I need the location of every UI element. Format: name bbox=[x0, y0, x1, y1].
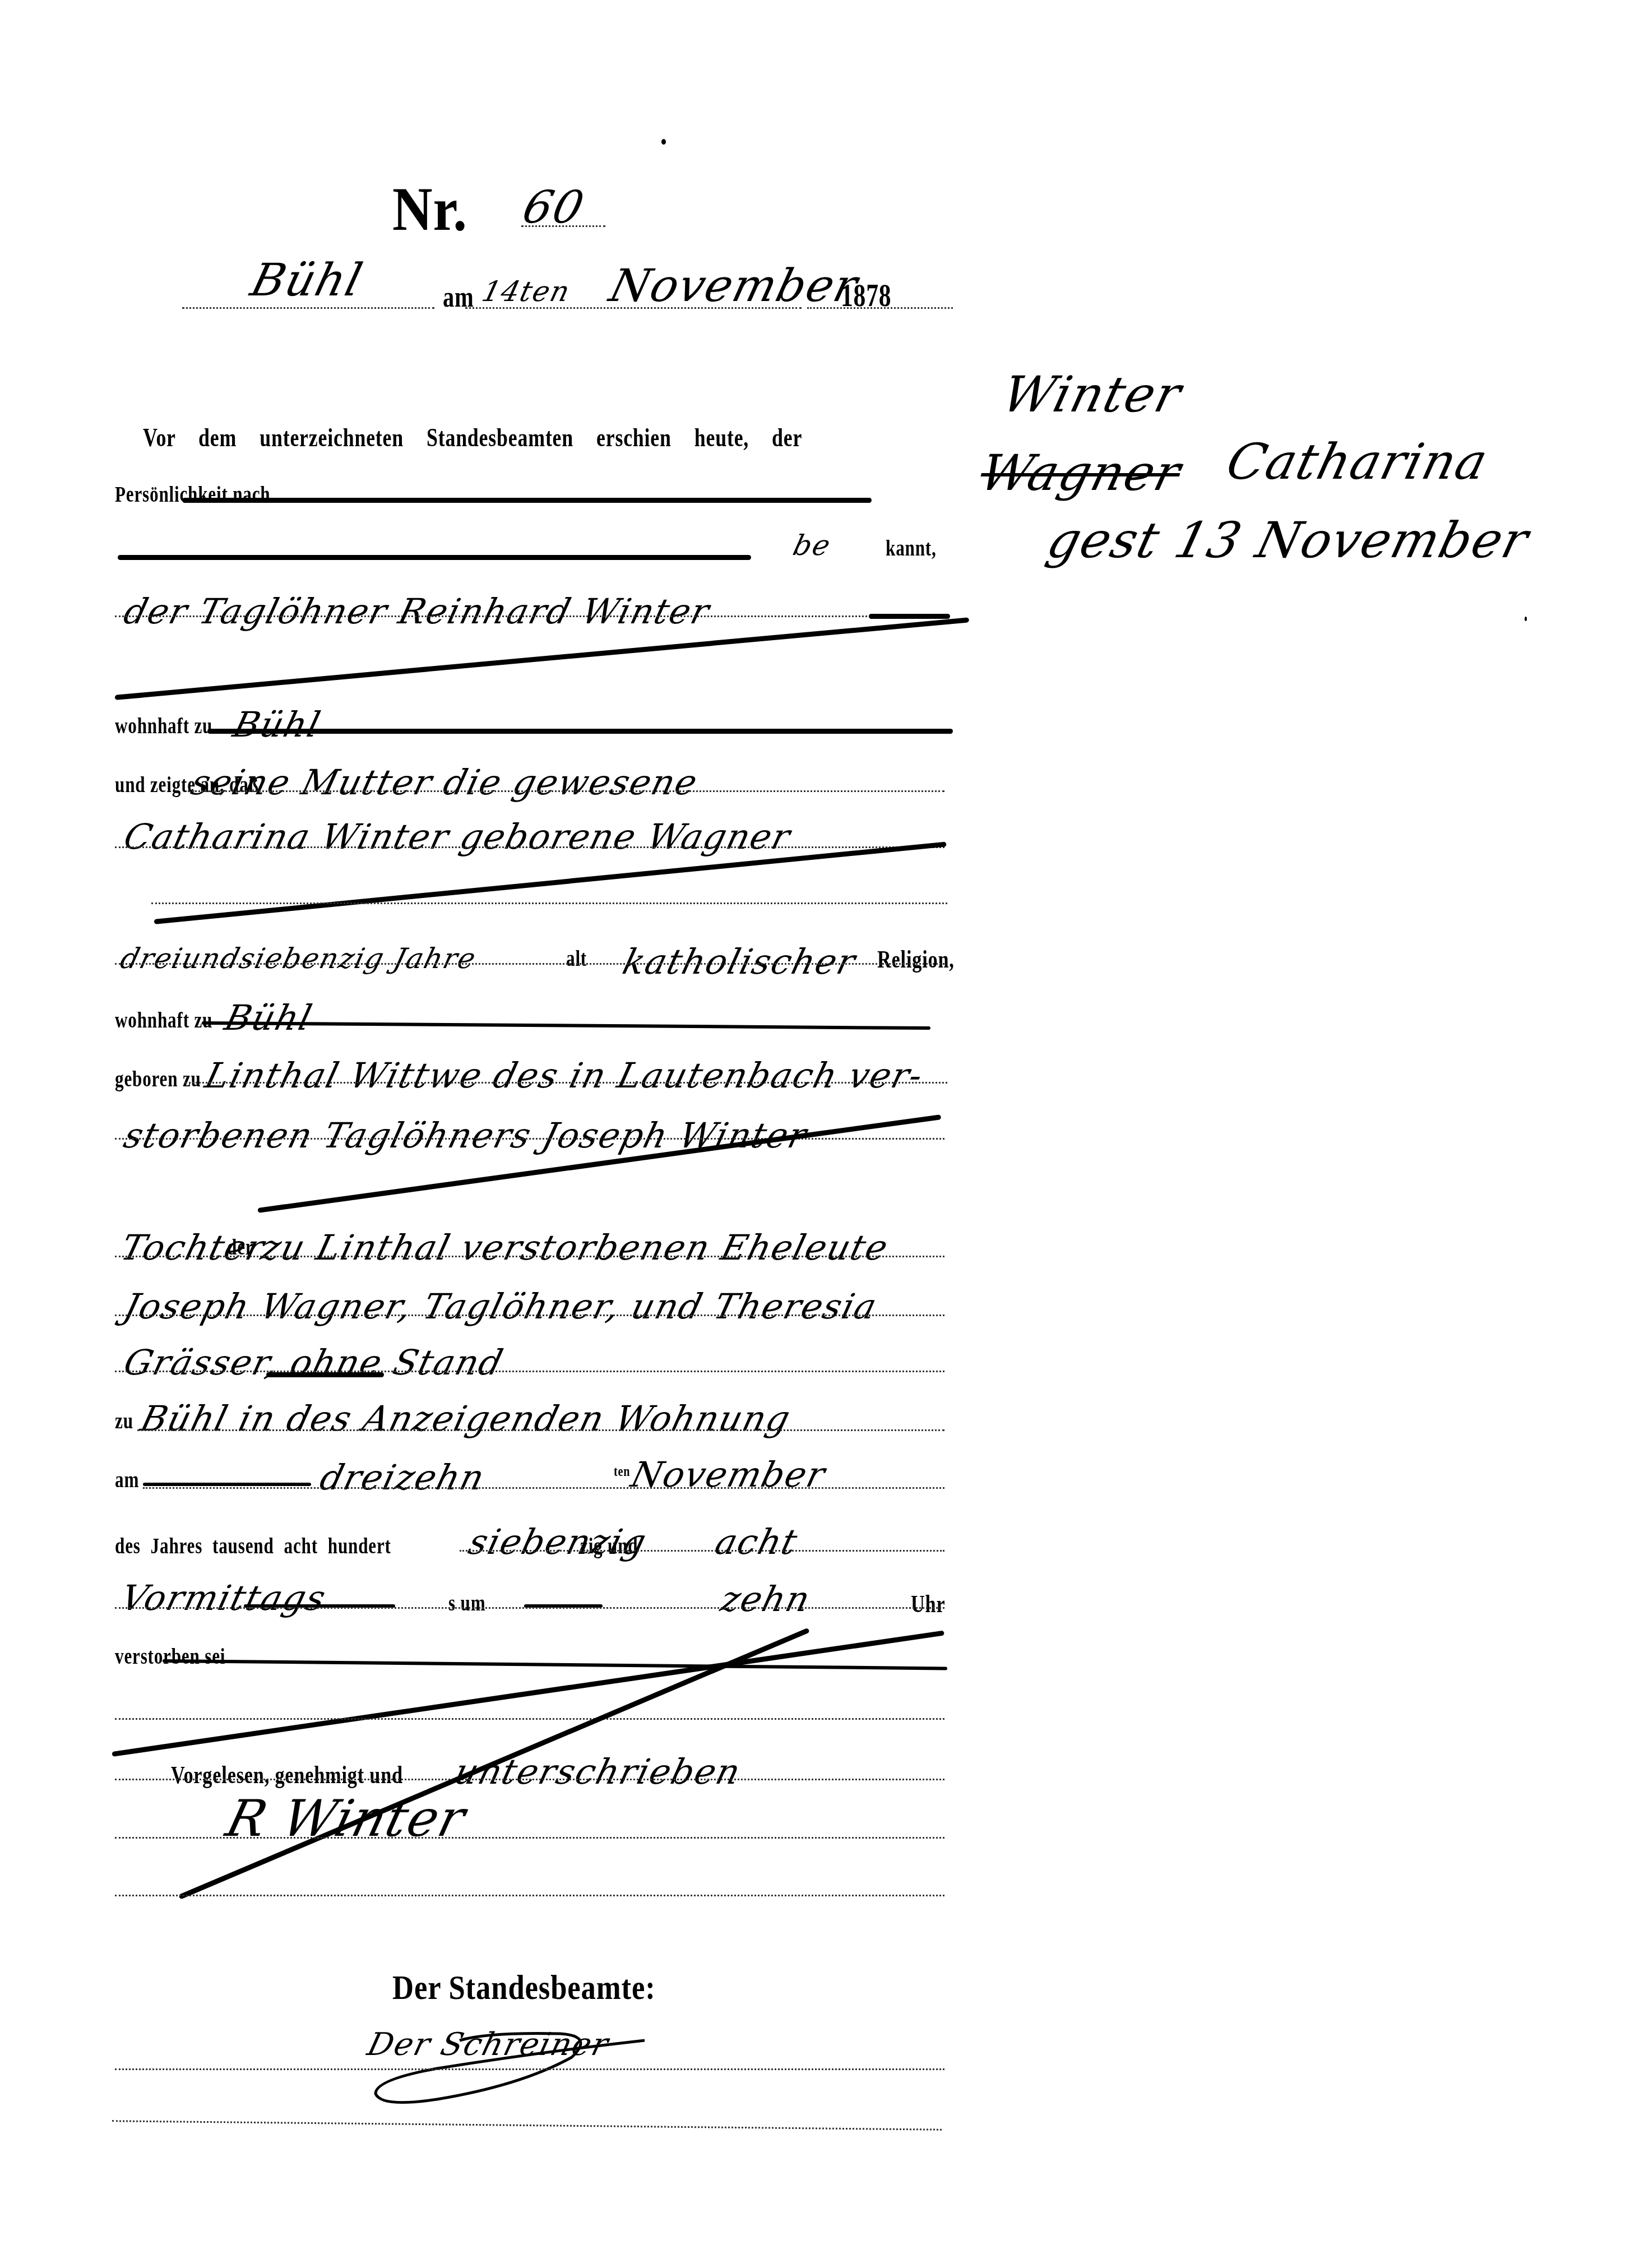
religion-label: Religion, bbox=[877, 947, 955, 972]
place-of-death-label: zu bbox=[115, 1410, 133, 1432]
deceased-residence-fill-line bbox=[202, 1021, 930, 1030]
death-day-fill-line bbox=[143, 1483, 311, 1486]
death-time-of-day: Vormittags bbox=[118, 1581, 330, 1616]
official-label: Der Standesbeamte: bbox=[392, 1970, 656, 2005]
parents-line-1: zu Linthal verstorbenen Eheleute bbox=[258, 1230, 892, 1265]
parents-der: der bbox=[227, 1236, 253, 1258]
died-strike-line bbox=[112, 1631, 944, 1757]
parents-rule-1 bbox=[115, 1256, 944, 1257]
blank-rule-1 bbox=[151, 902, 947, 904]
report-line-1-rule bbox=[188, 790, 944, 792]
margin-given-name: Catharina bbox=[1222, 437, 1493, 487]
closing-label: Vorgelesen, genehmigt und bbox=[171, 1763, 403, 1788]
death-hour-value: zehn bbox=[717, 1582, 814, 1617]
scan-speck bbox=[1525, 617, 1527, 621]
number-line bbox=[521, 225, 605, 227]
intro-text: Vor dem unterzeichneten Standesbeamten e… bbox=[143, 425, 802, 451]
deceased-residence-value: Bühl bbox=[221, 1001, 316, 1035]
death-day-rule bbox=[143, 1487, 944, 1489]
died-fill-line bbox=[163, 1659, 947, 1670]
identity-fill-line bbox=[182, 498, 872, 503]
born-line-1: Linthal Wittwe des in Lautenbach ver- bbox=[202, 1058, 927, 1093]
born-rule-2 bbox=[115, 1138, 944, 1140]
parents-fill-line bbox=[266, 1372, 384, 1377]
death-day-label: am bbox=[115, 1469, 139, 1491]
religion-value: katholischer bbox=[619, 945, 860, 979]
death-year-zig-und: zig und bbox=[580, 1535, 638, 1557]
residence-label: wohnhaft zu bbox=[115, 715, 212, 737]
known-label: kannt, bbox=[886, 537, 937, 559]
report-line-2-rule bbox=[115, 846, 944, 848]
place-of-death-rule bbox=[137, 1429, 944, 1431]
death-hour-label: Uhr bbox=[911, 1592, 945, 1617]
death-time-um: s um bbox=[448, 1592, 485, 1614]
age-value: dreiundsiebenzig Jahre bbox=[118, 945, 479, 973]
informant-name: der Taglöhner Reinhard Winter bbox=[121, 594, 714, 629]
age-rule bbox=[115, 963, 944, 965]
death-year-unit: acht bbox=[712, 1525, 802, 1559]
deceased-residence-label: wohnhaft zu bbox=[115, 1009, 212, 1031]
known-fill-line bbox=[118, 555, 751, 560]
footer-rule-1 bbox=[115, 2068, 944, 2070]
margin-surname-struck: Wagner bbox=[975, 448, 1186, 498]
signature-flourish bbox=[308, 2001, 981, 2113]
informant-line bbox=[115, 615, 944, 617]
parents-rule-3 bbox=[115, 1371, 944, 1372]
died-label: verstorben sei bbox=[115, 1645, 225, 1668]
signature-rule-2 bbox=[115, 1895, 944, 1896]
known-handwritten: be bbox=[790, 531, 834, 559]
margin-death-note: gest 13 November bbox=[1043, 516, 1534, 565]
date-line bbox=[465, 307, 802, 309]
header-month: November bbox=[605, 263, 863, 308]
header-day: 14ten bbox=[479, 277, 573, 306]
death-year-label: des Jahres tausend acht hundert bbox=[115, 1535, 391, 1557]
signature-rule-1 bbox=[115, 1837, 944, 1839]
parents-rule-2 bbox=[115, 1314, 944, 1316]
born-rule-1 bbox=[185, 1082, 947, 1084]
closing-rule bbox=[115, 1779, 944, 1780]
born-label: geboren zu bbox=[115, 1068, 201, 1090]
header-place: Bühl bbox=[247, 258, 367, 303]
death-hour-rule bbox=[115, 1607, 944, 1609]
age-label: alt bbox=[566, 947, 587, 970]
parents-line-2: Joseph Wagner, Taglöhner, und Theresia bbox=[121, 1289, 881, 1324]
margin-surname-new: Winter bbox=[998, 370, 1187, 419]
register-number: 60 bbox=[518, 185, 589, 230]
register-page: Nr. 60 Bühl am 14ten November 1878 Vor d… bbox=[0, 0, 1644, 2268]
year-line bbox=[807, 307, 953, 309]
report-line-1: seine Mutter die gewesene bbox=[188, 765, 702, 800]
place-line bbox=[182, 307, 434, 309]
number-label: Nr. bbox=[392, 178, 467, 240]
blank-rule-2 bbox=[115, 1718, 944, 1720]
footer-rule-2 bbox=[112, 2120, 942, 2130]
death-day-value: dreizehn bbox=[317, 1460, 489, 1495]
scan-speck bbox=[661, 139, 666, 145]
informant-fill-line bbox=[869, 614, 950, 619]
report-line-2: Catharina Winter geborene Wagner bbox=[121, 820, 794, 854]
death-year-rule bbox=[460, 1550, 944, 1552]
residence-fill-line bbox=[207, 729, 953, 734]
residence-value: Bühl bbox=[230, 707, 325, 742]
death-day-suffix: ten bbox=[614, 1464, 630, 1479]
